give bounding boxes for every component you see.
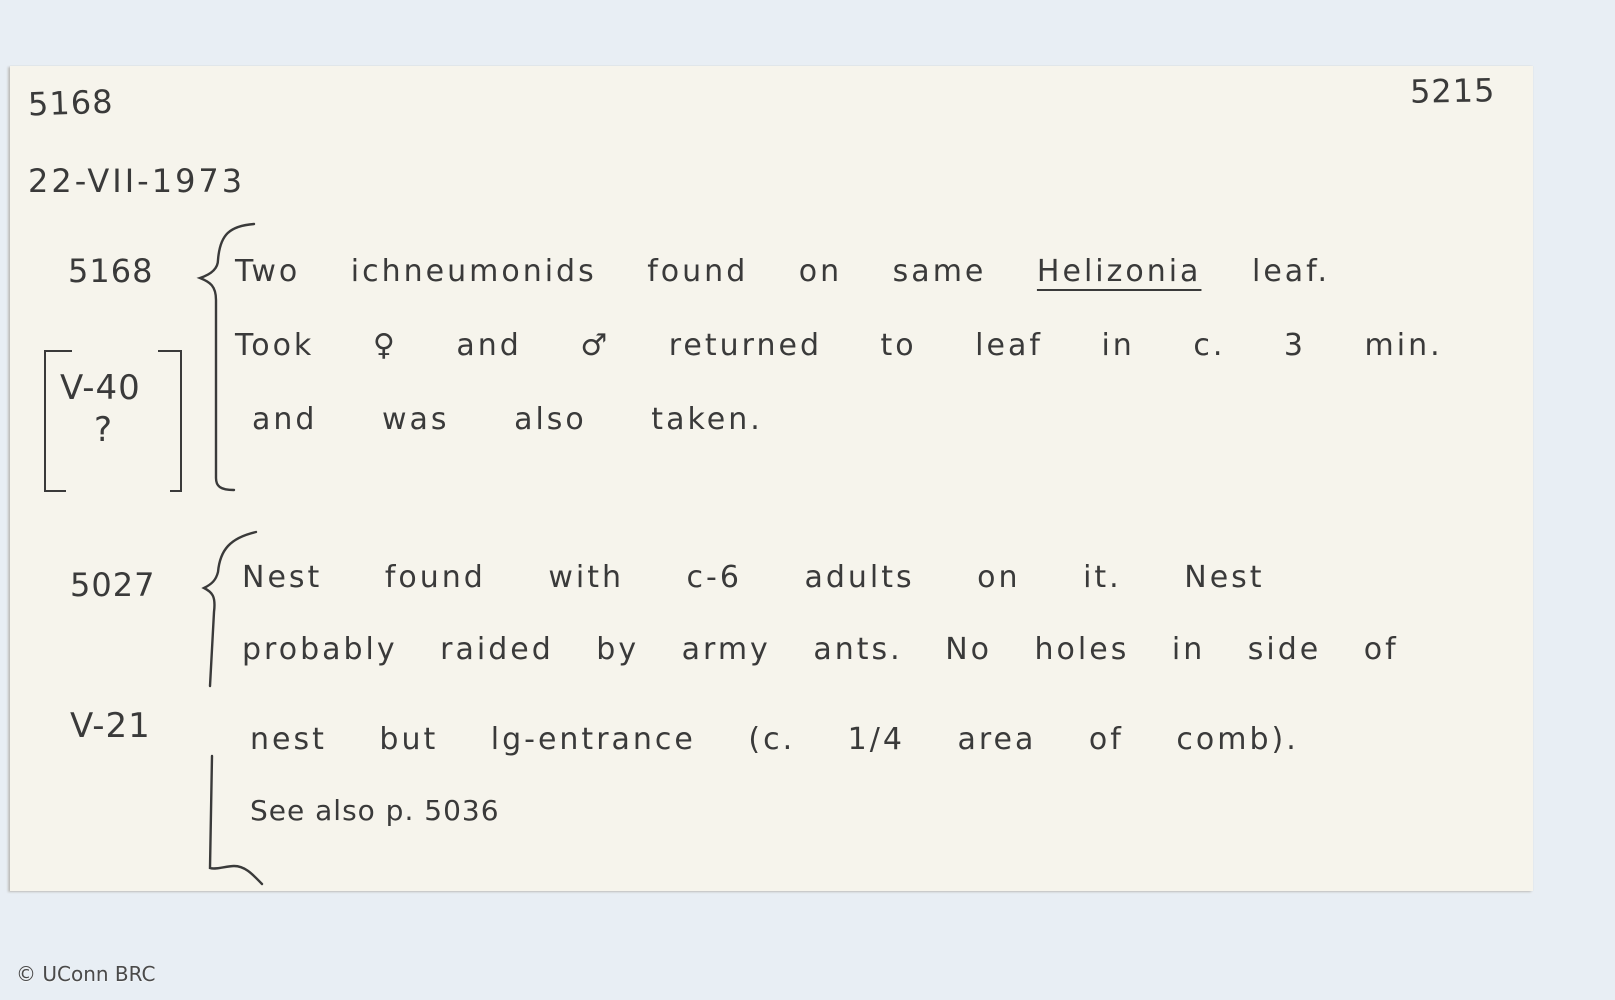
line-text: leaf. xyxy=(1252,254,1330,289)
entry-line: probably raided by army ants. No holes i… xyxy=(242,632,1399,667)
specimen-number: 5027 xyxy=(70,566,155,604)
collection-date: 22-VII-1973 xyxy=(28,162,245,200)
see-also-reference: See also p. 5036 xyxy=(250,794,500,827)
side-note-box: V-40 ? xyxy=(44,350,182,492)
entry-line: nest but lg-entrance (c. 1/4 area of com… xyxy=(250,722,1299,757)
specimen-number: 5168 xyxy=(68,252,153,290)
entry-line: Took ♀ and ♂ returned to leaf in c. 3 mi… xyxy=(235,328,1443,363)
entry-line: Two ichneumonids found on same Helizonia… xyxy=(235,254,1330,289)
entry-line: and was also taken. xyxy=(252,402,763,437)
side-note-question-mark: ? xyxy=(94,410,113,450)
side-note-text: V-21 xyxy=(70,706,151,746)
line-text: Two ichneumonids found on same xyxy=(235,254,986,289)
underlined-genus: Helizonia xyxy=(1037,254,1202,289)
copyright-credit: © UConn BRC xyxy=(16,962,156,986)
page-number-left: 5168 xyxy=(27,83,114,124)
index-card: 5168 5215 22-VII-1973 5168 V-40 ? Two ic… xyxy=(10,66,1533,891)
side-note-text: V-40 xyxy=(60,368,141,408)
page-number-right: 5215 xyxy=(1410,71,1496,110)
entry-line: Nest found with c-6 adults on it. Nest xyxy=(242,560,1265,595)
